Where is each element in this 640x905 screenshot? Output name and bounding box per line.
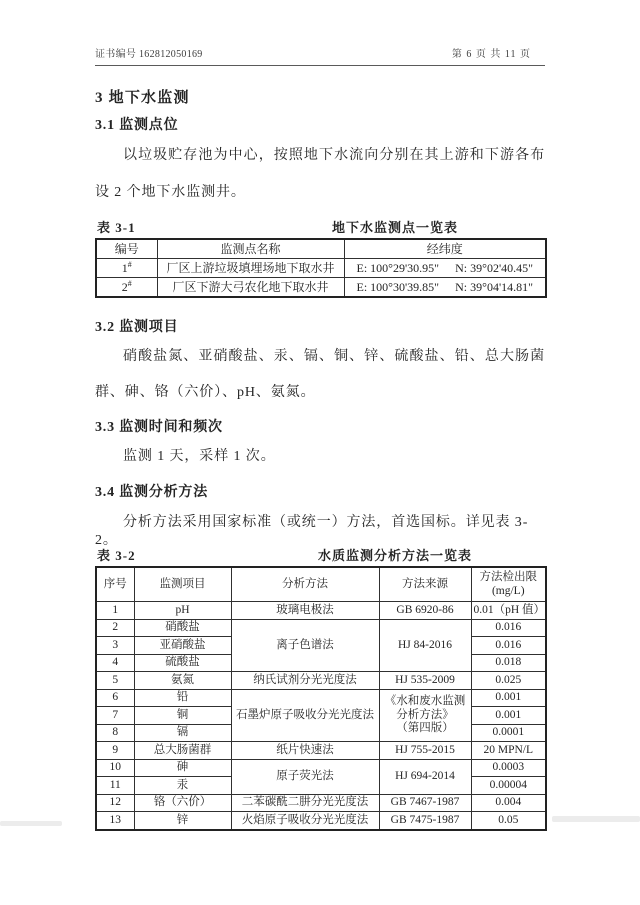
section-3-3-paragraph: 监测 1 天，采样 1 次。 <box>95 448 545 466</box>
cell-coords: E: 100°30'39.85" N: 39°04'14.81" <box>344 278 546 298</box>
cell-method-merged: 石墨炉原子吸收分光光度法 <box>231 689 379 742</box>
cell-method-merged: 原子荧光法 <box>231 759 379 794</box>
section-3-2-paragraph-line-2: 群、砷、铬（六价）、pH、氨氮。 <box>95 384 545 402</box>
cell-source: HJ 535-2009 <box>379 672 471 690</box>
well-number-hash: # <box>128 279 132 288</box>
table-row: 2 硝酸盐 离子色谱法 HJ 84-2016 0.016 <box>96 619 546 637</box>
cell-method: 火焰原子吸收分光光度法 <box>231 812 379 830</box>
cell-no: 3 <box>96 637 134 655</box>
section-3-1-heading: 3.1 监测点位 <box>95 114 545 134</box>
section-3-4-heading: 3.4 监测分析方法 <box>95 481 545 501</box>
cell-id: 1# <box>96 259 157 278</box>
cell-no: 7 <box>96 707 134 725</box>
col-header-method: 分析方法 <box>231 567 379 602</box>
col-header-source: 方法来源 <box>379 567 471 602</box>
cell-item: 铜 <box>134 707 231 725</box>
cell-no: 11 <box>96 777 134 795</box>
cell-no: 12 <box>96 794 134 812</box>
cell-item: 镉 <box>134 724 231 742</box>
document-page: 证书编号 162812050169 第 6 页 共 11 页 3 地下水监测 3… <box>0 0 640 905</box>
table-3-2-header-row: 序号 监测项目 分析方法 方法来源 方法检出限 (mg/L) <box>96 567 546 602</box>
cell-name: 厂区下游大弓农化地下取水井 <box>157 278 344 298</box>
coord-north: N: 39°04'14.81" <box>455 280 533 294</box>
col-header-name: 监测点名称 <box>157 239 344 259</box>
cell-method: 玻璃电极法 <box>231 602 379 620</box>
cell-limit: 0.01（pH 值） <box>471 602 546 620</box>
cell-item: 汞 <box>134 777 231 795</box>
table-row: 9 总大肠菌群 纸片快速法 HJ 755-2015 20 MPN/L <box>96 742 546 760</box>
certificate-number: 证书编号 162812050169 <box>95 45 203 60</box>
table-3-2: 序号 监测项目 分析方法 方法来源 方法检出限 (mg/L) 1 pH 玻璃电极… <box>95 566 547 831</box>
cell-item: 硝酸盐 <box>134 619 231 637</box>
table-3-1-caption: 表 3-1 地下水监测点一览表 <box>95 217 545 235</box>
cell-method: 纳氏试剂分光光度法 <box>231 672 379 690</box>
cell-limit: 0.0001 <box>471 724 546 742</box>
cell-no: 13 <box>96 812 134 830</box>
scan-smudge <box>552 816 640 822</box>
scan-smudge <box>0 821 62 826</box>
section-3-1-paragraph-line-2: 设 2 个地下水监测井。 <box>95 184 545 202</box>
cell-method-merged: 离子色谱法 <box>231 619 379 672</box>
cell-no: 2 <box>96 619 134 637</box>
cell-item: 锌 <box>134 812 231 830</box>
cell-item: 硫酸盐 <box>134 654 231 672</box>
coord-east: E: 100°30'39.85" <box>357 280 440 294</box>
cell-no: 6 <box>96 689 134 707</box>
table-row: 5 氨氮 纳氏试剂分光光度法 HJ 535-2009 0.025 <box>96 672 546 690</box>
table-row: 1 pH 玻璃电极法 GB 6920-86 0.01（pH 值） <box>96 602 546 620</box>
page-indicator: 第 6 页 共 11 页 <box>452 45 545 60</box>
table-row: 6 铅 石墨炉原子吸收分光光度法 《水和废水监测 分析方法》 （第四版） 0.0… <box>96 689 546 707</box>
cell-method: 纸片快速法 <box>231 742 379 760</box>
table-3-1-caption-label: 表 3-1 <box>97 217 136 236</box>
cell-no: 10 <box>96 759 134 777</box>
cell-method: 二苯碳酰二肼分光光度法 <box>231 794 379 812</box>
cell-id: 2# <box>96 278 157 298</box>
table-3-2-caption-label: 表 3-2 <box>97 545 136 564</box>
cell-source-merged: 《水和废水监测 分析方法》 （第四版） <box>379 689 471 742</box>
section-3-3-heading: 3.3 监测时间和频次 <box>95 416 545 436</box>
cell-no: 8 <box>96 724 134 742</box>
cell-limit: 0.016 <box>471 637 546 655</box>
cell-limit: 0.001 <box>471 689 546 707</box>
table-3-1-caption-title: 地下水监测点一览表 <box>95 217 545 236</box>
section-3-heading: 3 地下水监测 <box>95 86 545 107</box>
col-header-id: 编号 <box>96 239 157 259</box>
col-header-item: 监测项目 <box>134 567 231 602</box>
cell-limit: 0.004 <box>471 794 546 812</box>
col-header-no: 序号 <box>96 567 134 602</box>
table-row: 10 砷 原子荧光法 HJ 694-2014 0.0003 <box>96 759 546 777</box>
cell-source: HJ 755-2015 <box>379 742 471 760</box>
cell-source-merged: HJ 694-2014 <box>379 759 471 794</box>
section-3-2-paragraph-line-1: 硝酸盐氮、亚硝酸盐、汞、镉、铜、锌、硫酸盐、铅、总大肠菌 <box>95 348 545 366</box>
cell-no: 4 <box>96 654 134 672</box>
table-3-2-caption-title: 水质监测分析方法一览表 <box>95 545 545 564</box>
cell-no: 9 <box>96 742 134 760</box>
section-3-2-heading: 3.2 监测项目 <box>95 316 545 336</box>
coord-east: E: 100°29'30.95" <box>357 261 440 275</box>
cell-no: 5 <box>96 672 134 690</box>
table-row: 2# 厂区下游大弓农化地下取水井 E: 100°30'39.85" N: 39°… <box>96 278 546 298</box>
cell-limit: 0.018 <box>471 654 546 672</box>
well-number-hash: # <box>128 260 132 269</box>
cell-source: GB 6920-86 <box>379 602 471 620</box>
cell-name: 厂区上游垃圾填埋场地下取水井 <box>157 259 344 278</box>
page-header: 证书编号 162812050169 第 6 页 共 11 页 <box>95 45 545 66</box>
cell-item: 亚硝酸盐 <box>134 637 231 655</box>
cell-item: pH <box>134 602 231 620</box>
table-3-2-caption: 表 3-2 水质监测分析方法一览表 <box>95 545 545 563</box>
cell-limit: 0.0003 <box>471 759 546 777</box>
section-3-1-paragraph-line-1: 以垃圾贮存池为中心，按照地下水流向分别在其上游和下游各布 <box>95 147 545 165</box>
table-row: 12 铬（六价） 二苯碳酰二肼分光光度法 GB 7467-1987 0.004 <box>96 794 546 812</box>
col-header-coords: 经纬度 <box>344 239 546 259</box>
cell-item: 氨氮 <box>134 672 231 690</box>
cell-coords: E: 100°29'30.95" N: 39°02'40.45" <box>344 259 546 278</box>
coord-north: N: 39°02'40.45" <box>455 261 533 275</box>
cell-item: 砷 <box>134 759 231 777</box>
cell-item: 铅 <box>134 689 231 707</box>
table-row: 13 锌 火焰原子吸收分光光度法 GB 7475-1987 0.05 <box>96 812 546 830</box>
cell-limit: 0.05 <box>471 812 546 830</box>
cell-limit: 0.025 <box>471 672 546 690</box>
table-3-1: 编号 监测点名称 经纬度 1# 厂区上游垃圾填埋场地下取水井 E: 100°29… <box>95 238 547 298</box>
cell-source: GB 7467-1987 <box>379 794 471 812</box>
cell-item: 总大肠菌群 <box>134 742 231 760</box>
cell-limit: 20 MPN/L <box>471 742 546 760</box>
cell-limit: 0.001 <box>471 707 546 725</box>
cell-source-merged: HJ 84-2016 <box>379 619 471 672</box>
cell-item: 铬（六价） <box>134 794 231 812</box>
cell-source: GB 7475-1987 <box>379 812 471 830</box>
col-header-limit: 方法检出限 (mg/L) <box>471 567 546 602</box>
table-row: 1# 厂区上游垃圾填埋场地下取水井 E: 100°29'30.95" N: 39… <box>96 259 546 278</box>
cell-limit: 0.00004 <box>471 777 546 795</box>
cell-limit: 0.016 <box>471 619 546 637</box>
cell-no: 1 <box>96 602 134 620</box>
table-3-1-header-row: 编号 监测点名称 经纬度 <box>96 239 546 259</box>
